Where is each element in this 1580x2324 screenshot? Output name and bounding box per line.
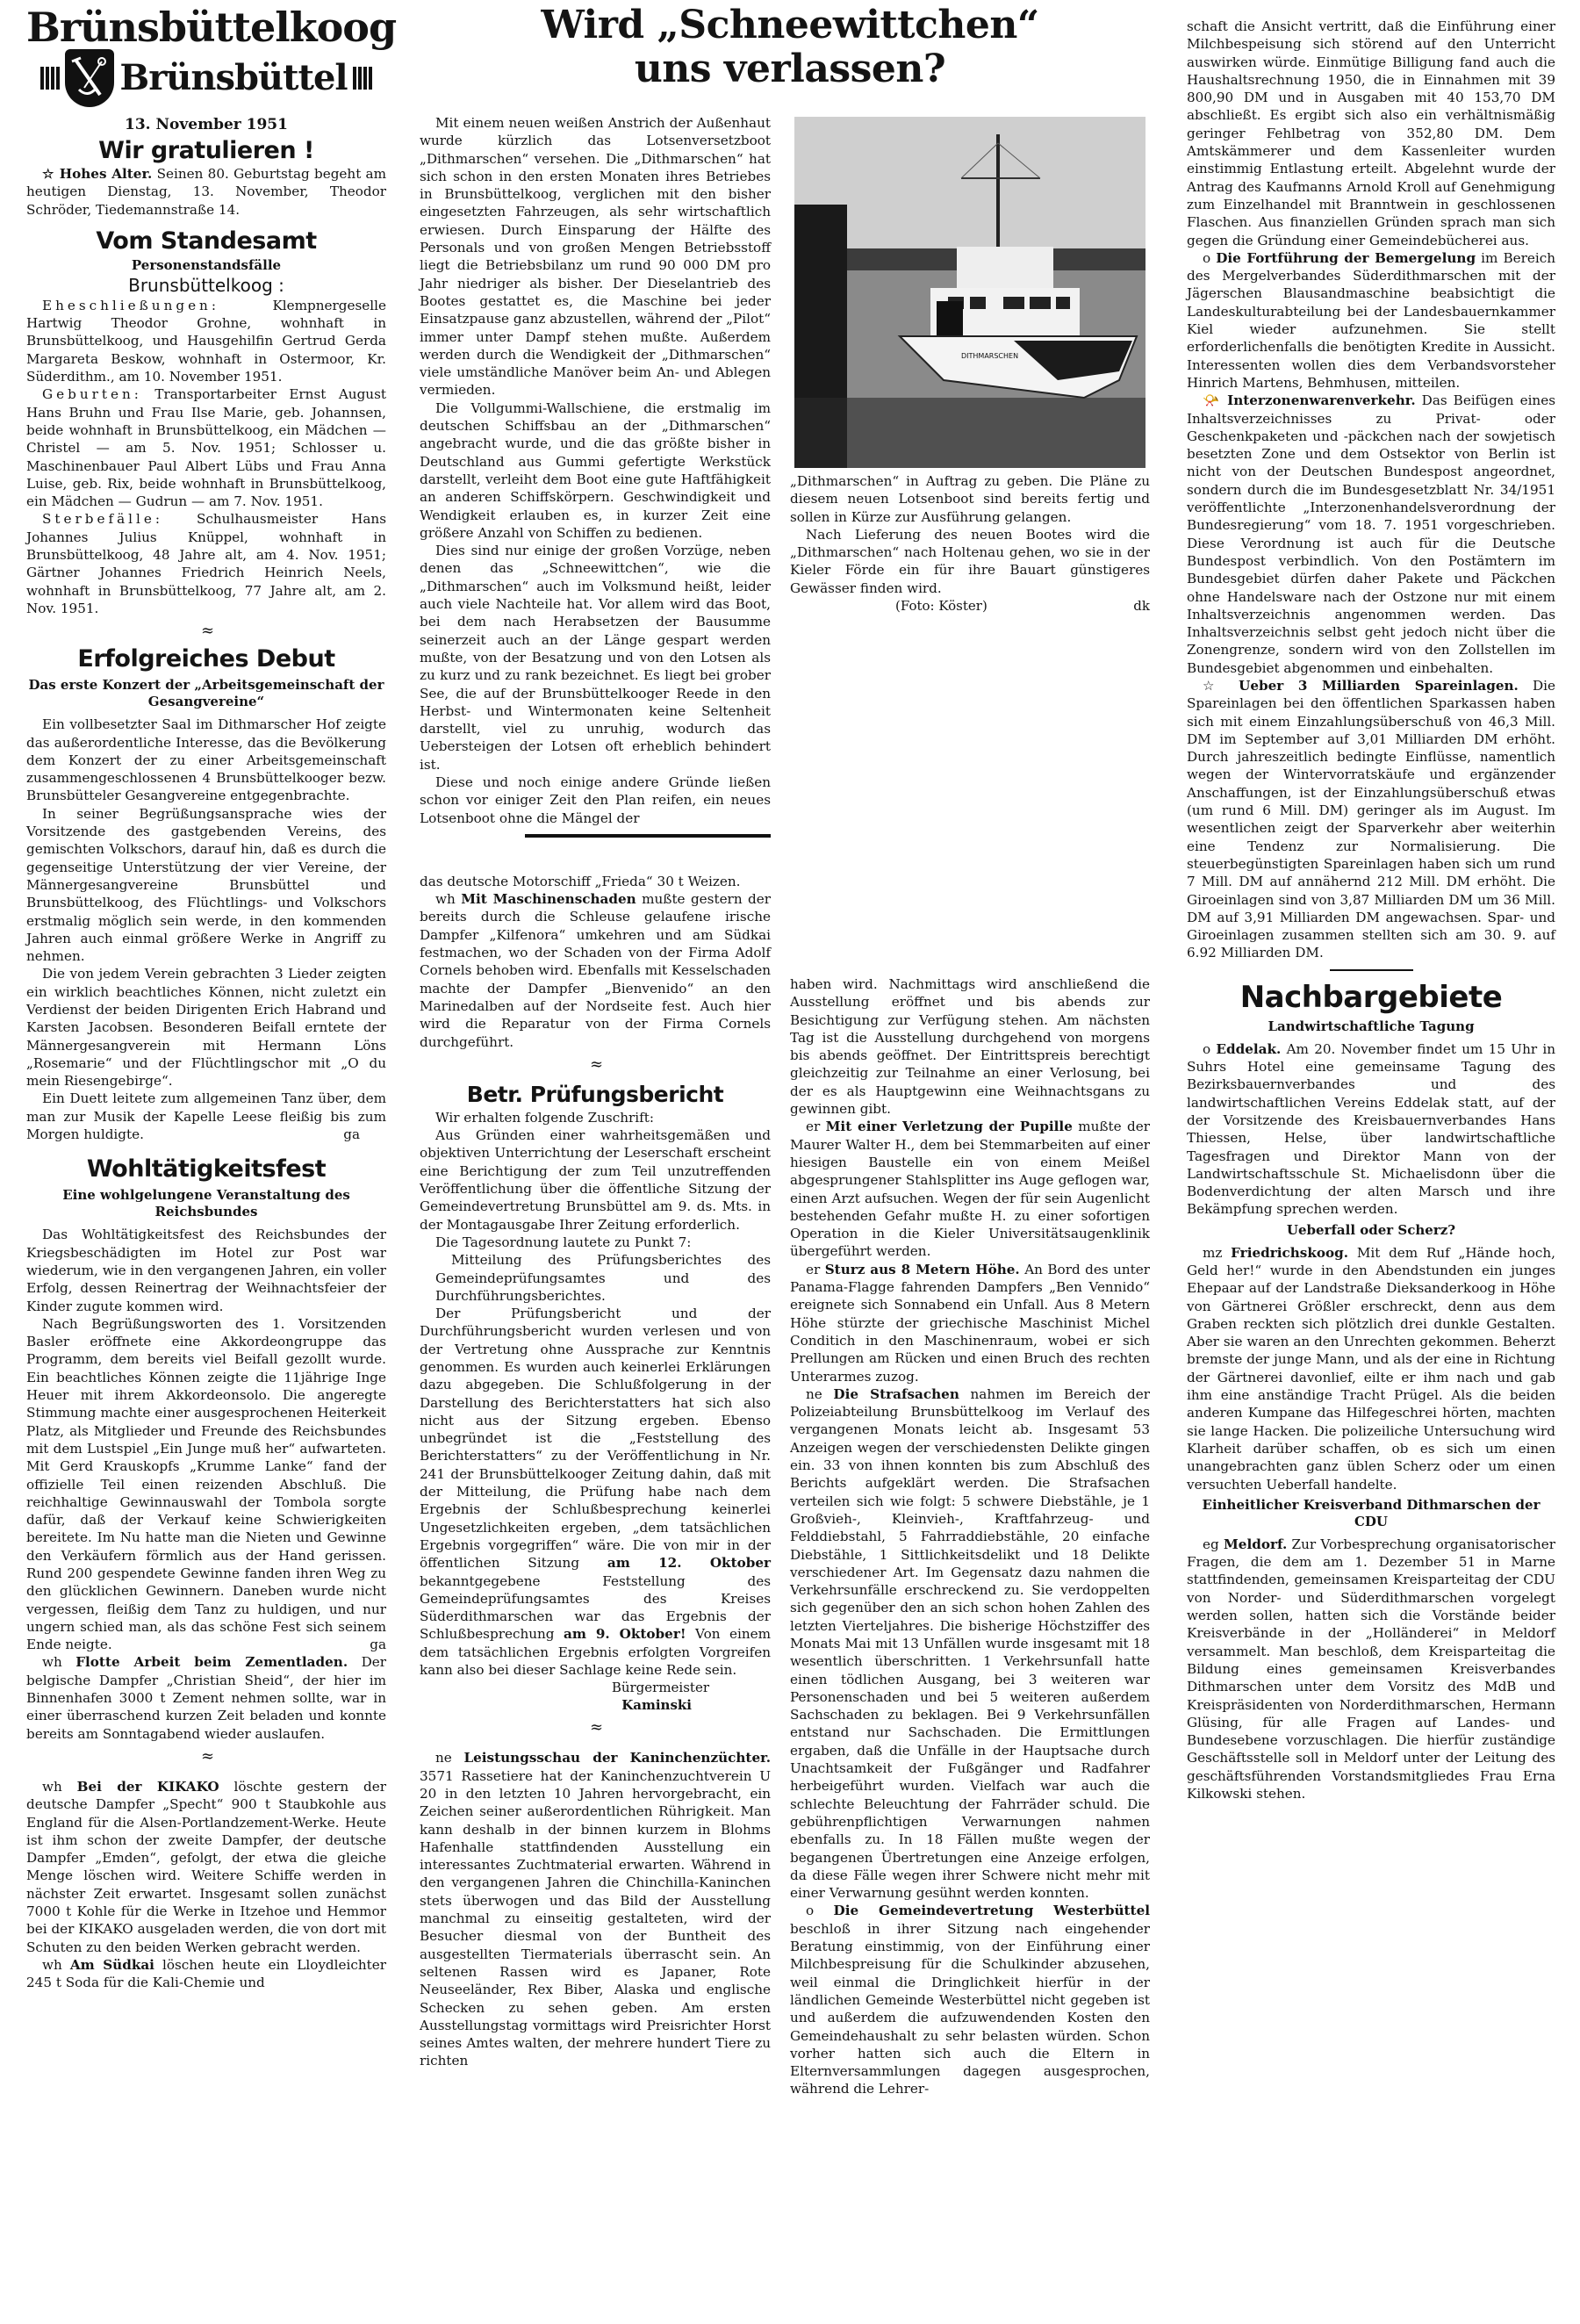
article-fest: Wohltätigkeitsfest Eine wohlgelungene Ve… xyxy=(26,1155,386,1653)
issue-date: 13. November 1951 xyxy=(26,116,386,133)
place-heading: Brunsbüttelkoog : xyxy=(26,274,386,297)
body: im Bereich des Mergelverbandes Süderdith… xyxy=(1187,250,1555,391)
author-prefix: ne xyxy=(806,1386,822,1402)
boat-illustration-icon: DITHMARSCHEN xyxy=(794,117,1145,468)
headline: Betr. Prüfungsbericht xyxy=(420,1081,771,1109)
section-headline: Nachbargebiete xyxy=(1187,980,1555,1015)
hull-name: DITHMARSCHEN xyxy=(961,352,1018,360)
body: löschte gestern der deutsche Dampfer „Sp… xyxy=(26,1779,386,1955)
paragraph: Die von jedem Verein gebrachten 3 Lieder… xyxy=(26,965,386,1090)
signature-name: Kaminski xyxy=(420,1696,771,1714)
photo-credit: (Foto: Köster) xyxy=(895,597,987,615)
paragraph: Der Prüfungsbericht und der Durchführung… xyxy=(420,1305,771,1679)
author-sig: dk xyxy=(1133,597,1150,615)
author-prefix: o xyxy=(1203,250,1210,266)
label: Eheschließungen: xyxy=(42,298,219,313)
masthead: Brünsbüttelkoog Brünsbüttel xyxy=(26,5,386,107)
author-prefix: mz xyxy=(1203,1245,1222,1261)
body: Das Beifügen eines Inhaltsverzeichnisses… xyxy=(1187,392,1555,675)
lead: Ueber 3 Milliarden Spareinlagen. xyxy=(1239,678,1519,694)
paragraph: schaft die Ansicht vertritt, daß die Ein… xyxy=(1187,18,1555,249)
body: Am 20. November findet um 15 Uhr in Suhr… xyxy=(1187,1041,1555,1218)
paragraph: haben wird. Nachmittags wird anschließen… xyxy=(790,975,1150,1118)
section-divider-icon: ≈ xyxy=(420,1056,771,1074)
paragraph: Das Wohltätigkeitsfest des Reichsbundes … xyxy=(26,1226,386,1314)
signature-title: Bürgermeister xyxy=(420,1679,771,1696)
author-prefix: er xyxy=(806,1119,820,1134)
lead: Interzonenwarenverkehr. xyxy=(1227,392,1416,408)
headline-line1: Wird „Schneewittchen“ xyxy=(413,4,1167,47)
lead: Sturz aus 8 Metern Höhe. xyxy=(825,1262,1020,1277)
banner-ribbon-right xyxy=(353,67,372,90)
subheadline: Landwirtschaftliche Tagung xyxy=(1187,1018,1555,1035)
headline: Vom Standesamt xyxy=(26,227,386,255)
column-1: Brünsbüttelkoog Brünsbüttel 13. November… xyxy=(26,0,386,1992)
brief-spareinlagen: ☆ Ueber 3 Milliarden Spareinlagen. Die S… xyxy=(1187,677,1555,962)
headline: Erfolgreiches Debut xyxy=(26,645,386,673)
paragraph: Wir erhalten folgende Zuschrift: xyxy=(420,1109,771,1126)
paragraph: Nach Lieferung des neuen Bootes wird die… xyxy=(790,526,1150,597)
article-standesamt: Vom Standesamt Personenstandsfälle Bruns… xyxy=(26,227,386,617)
paragraph: Mitteilung des Prüfungsberichtes des Gem… xyxy=(420,1251,771,1305)
subheadline: Personenstandsfälle xyxy=(26,257,386,274)
author-sig: ga xyxy=(354,1636,386,1653)
body: Zur Vorbesprechung organisatorischer Fra… xyxy=(1187,1536,1555,1802)
brief-maschinenschaden: wh Mit Maschinenschaden mußte gestern de… xyxy=(420,890,771,1051)
paragraph: Die Vollgummi-Wallschiene, die erstmalig… xyxy=(420,399,771,542)
brief-sturz: er Sturz aus 8 Metern Höhe. An Bord des … xyxy=(790,1261,1150,1385)
section-divider-icon: ≈ xyxy=(26,1748,386,1766)
body: Transportarbeiter Ernst August Hans Bruh… xyxy=(26,386,386,509)
label: Sterbefälle: xyxy=(42,511,163,527)
author-prefix: er xyxy=(806,1262,820,1277)
section-divider-icon: ≈ xyxy=(26,622,386,640)
author-prefix: ne xyxy=(435,1750,452,1766)
emphasis: am 12. Oktober xyxy=(607,1555,771,1571)
brief-kikako: wh Bei der KIKAKO löschte gestern der de… xyxy=(26,1778,386,1956)
subheadline: Einheitlicher Kreisverband Dithmarschen … xyxy=(1187,1497,1555,1530)
paragraph: „Dithmarschen“ in Auftrag zu geben. Die … xyxy=(790,472,1150,526)
emphasis: am 9. Oktober! xyxy=(564,1626,686,1642)
brief-strafsachen: ne Die Strafsachen nahmen im Bereich der… xyxy=(790,1385,1150,1903)
article-debut: Erfolgreiches Debut Das erste Konzert de… xyxy=(26,645,386,1143)
lead: Friedrichskoog. xyxy=(1231,1245,1348,1261)
paragraph: Dies sind nur einige der großen Vorzüge,… xyxy=(420,542,771,773)
brief-interzonen: 📯 Interzonenwarenverkehr. Das Beifügen e… xyxy=(1187,392,1555,677)
paragraph: Ein vollbesetzter Saal im Dithmarscher H… xyxy=(26,716,386,804)
lead: Eddelak. xyxy=(1216,1041,1281,1057)
masthead-title-line1: Brünsbüttelkoog xyxy=(26,5,386,49)
section-rule xyxy=(1330,969,1413,971)
lead: Flotte Arbeit beim Zementladen. xyxy=(75,1654,348,1670)
lead: Am Südkai xyxy=(70,1957,154,1973)
photo-pilot-boat: DITHMARSCHEN xyxy=(794,117,1145,468)
lead: Die Strafsachen xyxy=(833,1386,959,1402)
banner-ribbon-left xyxy=(40,67,60,90)
brief-suedkai: wh Am Südkai löschen heute ein Lloydleic… xyxy=(26,1956,386,1992)
body: mußte gestern der bereits durch die Schl… xyxy=(420,891,771,1049)
author-sig: ga xyxy=(327,1126,386,1143)
headline-line2: uns verlassen? xyxy=(413,47,1167,91)
masthead-title-line2: Brünsbüttel xyxy=(119,59,347,97)
brief-kaninchen: ne Leistungsschau der Kaninchenzüchter. … xyxy=(420,1749,771,2069)
body: Mit dem Ruf „Hände hoch, Geld her!“ wurd… xyxy=(1187,1245,1555,1493)
author-prefix: wh xyxy=(42,1654,62,1670)
section-divider-icon: ≈ xyxy=(420,1719,771,1737)
brief-pupille: er Mit einer Verletzung der Pupille mußt… xyxy=(790,1118,1150,1260)
author-prefix: o xyxy=(806,1903,814,1918)
text: Der Prüfungsbericht und der Durchführung… xyxy=(420,1306,771,1571)
brief-zement: wh Flotte Arbeit beim Zementladen. Der b… xyxy=(26,1653,386,1742)
star-icon: ☆ xyxy=(1203,678,1224,694)
body: mußte der Maurer Walter H., dem bei Stem… xyxy=(790,1119,1150,1259)
lead: Mit Maschinenschaden xyxy=(461,891,636,907)
body: beschloß in ihrer Sitzung nach eingehend… xyxy=(790,1921,1150,2097)
author-prefix: o xyxy=(1203,1041,1210,1057)
paragraph: Diese und noch einige andere Gründe ließ… xyxy=(420,773,771,827)
column-2: Mit einem neuen weißen Anstrich der Auße… xyxy=(420,114,771,2070)
headline: Wohltätigkeitsfest xyxy=(26,1155,386,1184)
subheadline: Eine wohlgelungene Veranstaltung des Rei… xyxy=(26,1187,386,1220)
body: An Bord des unter Panama-Flagge fahrende… xyxy=(790,1262,1150,1385)
author-prefix: wh xyxy=(435,891,456,907)
author-prefix: wh xyxy=(42,1957,62,1973)
author-prefix: wh xyxy=(42,1779,62,1795)
body: 3571 Rassetiere hat der Kaninchenzuchtve… xyxy=(420,1768,771,2069)
body: nahmen im Bereich der Polizeiabteilung B… xyxy=(790,1386,1150,1901)
lead: Meldorf. xyxy=(1224,1536,1287,1552)
lead: Die Gemeindevertretung Westerbüttel xyxy=(834,1903,1150,1918)
subheadline: Ueberfall oder Scherz? xyxy=(1187,1222,1555,1239)
column-4: schaft die Ansicht vertritt, daß die Ein… xyxy=(1187,18,1555,1802)
lead: Bei der KIKAKO xyxy=(77,1779,219,1795)
paragraph: In seiner Begrüßungsansprache wies der V… xyxy=(26,805,386,966)
column-3: „Dithmarschen“ in Auftrag zu geben. Die … xyxy=(790,472,1150,615)
body: Die Spareinlagen bei den öffentlichen Sp… xyxy=(1187,678,1555,961)
paragraph: Nach Begrüßungsworten des 1. Vorsitzende… xyxy=(26,1316,386,1652)
paragraph: das deutsche Motorschiff „Frieda“ 30 t W… xyxy=(420,873,771,890)
coat-of-arms-icon xyxy=(65,49,114,107)
label: Geburten: xyxy=(42,386,142,402)
lead: Die Fortführung der Bemergelung xyxy=(1216,250,1476,266)
lead-article-headline: Wird „Schneewittchen“ uns verlassen? xyxy=(413,4,1167,91)
paragraph: Mit einem neuen weißen Anstrich der Auße… xyxy=(420,114,771,399)
headline: Wir gratulieren ! xyxy=(26,137,386,165)
subheadline: Das erste Konzert der „Arbeitsgemeinscha… xyxy=(26,677,386,710)
paragraph: Die Tagesordnung lautete zu Punkt 7: xyxy=(420,1234,771,1251)
lead: ☆ Hohes Alter. xyxy=(42,166,152,182)
article-pruefungsbericht: Betr. Prüfungsbericht Wir erhalten folge… xyxy=(420,1081,771,1715)
brief-westerbuettel: o Die Gemeindevertretung Westerbüttel be… xyxy=(790,1902,1150,2097)
article-gratulieren: Wir gratulieren ! ☆ Hohes Alter. Seinen … xyxy=(26,137,386,219)
paragraph: Aus Gründen einer wahrheitsgemäßen und o… xyxy=(420,1126,771,1234)
lead: Leistungsschau der Kaninchenzüchter. xyxy=(463,1750,771,1766)
brief-mergel: o Die Fortführung der Bemergelung im Ber… xyxy=(1187,249,1555,392)
lead: Mit einer Verletzung der Pupille xyxy=(826,1119,1073,1134)
post-horn-icon: 📯 xyxy=(1203,392,1221,408)
author-prefix: eg xyxy=(1203,1536,1219,1552)
section-nachbargebiete: Nachbargebiete Landwirtschaftliche Tagun… xyxy=(1187,980,1555,1803)
